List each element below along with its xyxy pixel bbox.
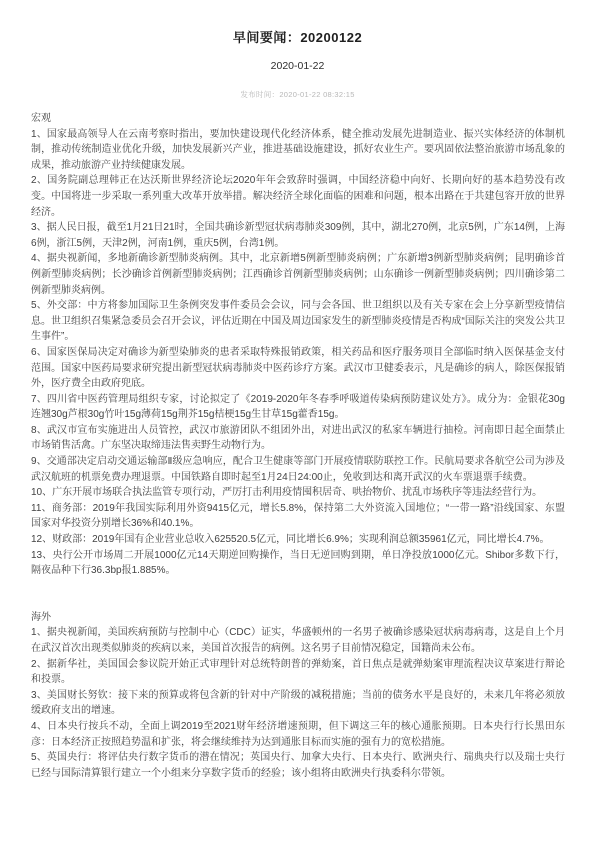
news-item: 12、财政部：2019年国有企业营业总收入625520.5亿元，同比增长6.9%… — [31, 532, 565, 548]
news-item: 1、据央视新闻，美国疾病预防与控制中心（CDC）证实，华盛顿州的一名男子被确诊感… — [31, 625, 565, 656]
news-item: 7、四川省中医药管理局组织专家，讨论拟定了《2019-2020年冬春季呼吸道传染… — [31, 392, 565, 423]
section-heading-macro: 宏观 — [31, 111, 565, 127]
document-date: 2020-01-22 — [0, 60, 595, 72]
news-item: 5、英国央行：将评估央行数字货币的潜在情况；英国央行、加拿大央行、日本央行、欧洲… — [31, 750, 565, 781]
news-item: 4、据央视新闻，多地新确诊新型肺炎病例。其中，北京新增5例新型肺炎病例；广东新增… — [31, 251, 565, 298]
news-item: 8、武汉市宣布实施进出人员管控，武汉市旅游团队不组团外出，对进出武汉的私家车辆进… — [31, 423, 565, 454]
news-item: 2、据新华社，美国国会参议院开始正式审理针对总统特朗普的弹劾案，首日焦点是就弹劾… — [31, 657, 565, 688]
document-body: 宏观 1、国家最高领导人在云南考察时指出，要加快建设现代化经济体系，健全推动发展… — [31, 111, 565, 781]
document-title: 早间要闻：20200122 — [0, 27, 595, 46]
news-item: 11、商务部：2019年我国实际利用外资9415亿元，增长5.8%，保持第二大外… — [31, 501, 565, 532]
section-macro: 宏观 1、国家最高领导人在云南考察时指出，要加快建设现代化经济体系，健全推动发展… — [31, 111, 565, 579]
news-item: 2、国务院副总理韩正在达沃斯世界经济论坛2020年年会致辞时强调，中国经济稳中向… — [31, 173, 565, 220]
document-header: 早间要闻：20200122 2020-01-22 发布时间：2020-01-22… — [0, 0, 595, 100]
section-overseas: 海外 1、据央视新闻，美国疾病预防与控制中心（CDC）证实，华盛顿州的一名男子被… — [31, 610, 565, 782]
news-item: 5、外交部：中方将参加国际卫生条例突发事件委员会会议，同与会各国、世卫组织以及有… — [31, 298, 565, 345]
publish-timestamp: 发布时间：2020-01-22 08:32:15 — [0, 89, 595, 100]
section-heading-overseas: 海外 — [31, 610, 565, 626]
news-item: 4、日本央行按兵不动，全面上调2019至2021财年经济增速预期，但下调这三年的… — [31, 719, 565, 750]
news-item: 1、国家最高领导人在云南考察时指出，要加快建设现代化经济体系，健全推动发展先进制… — [31, 127, 565, 174]
news-item: 3、美国财长努钦：接下来的预算或将包含新的针对中产阶级的减税措施；当前的债务水平… — [31, 688, 565, 719]
news-item: 6、国家医保局决定对确诊为新型染肺炎的患者采取特殊报销政策，相关药品和医疗服务项… — [31, 345, 565, 392]
news-item: 10、广东开展市场联合执法监管专项行动，严厉打击利用疫情囤积居奇、哄抬物价、扰乱… — [31, 485, 565, 501]
news-item: 13、央行公开市场周二开展1000亿元14天期逆回购操作，当日无逆回购到期，单日… — [31, 548, 565, 579]
news-item: 3、据人民日报，截至1月21日21时，全国共确诊新型冠状病毒肺炎309例，其中，… — [31, 220, 565, 251]
document-page: 早间要闻：20200122 2020-01-22 发布时间：2020-01-22… — [0, 0, 595, 842]
news-item: 9、交通部决定启动交通运输部Ⅱ级应急响应，配合卫生健康等部门开展疫情联防联控工作… — [31, 454, 565, 485]
